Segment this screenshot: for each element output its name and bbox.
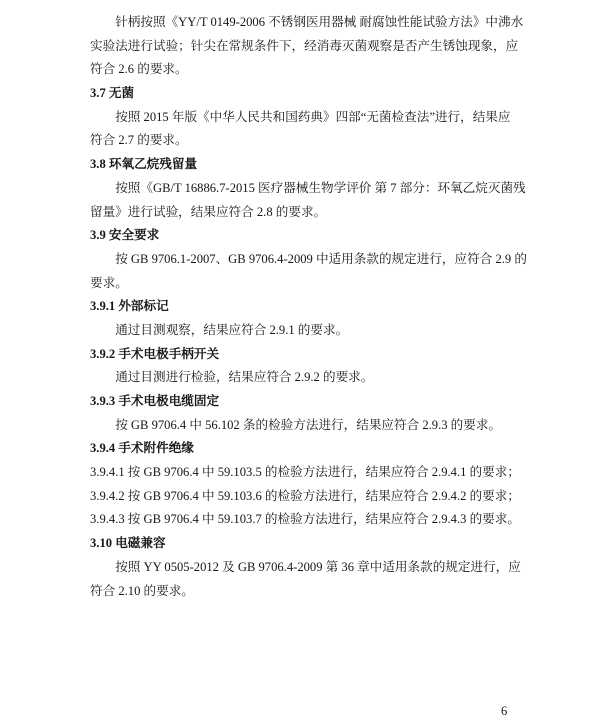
text-line: 留量》进行试验，结果应符合 2.8 的要求。 — [90, 201, 514, 225]
text-line: 按 GB 9706.4 中 56.102 条的检验方法进行，结果应符合 2.9.… — [90, 414, 514, 438]
section-heading: 3.9.3 手术电极电缆固定 — [90, 390, 514, 414]
text-line: 通过目测进行检验，结果应符合 2.9.2 的要求。 — [90, 366, 514, 390]
text-line: 按 GB 9706.1-2007、GB 9706.4-2009 中适用条款的规定… — [90, 248, 514, 272]
page-number: 6 — [501, 703, 507, 719]
section-heading: 3.9.2 手术电极手柄开关 — [90, 343, 514, 367]
text-line: 按照 YY 0505-2012 及 GB 9706.4-2009 第 36 章中… — [90, 556, 514, 580]
text-line: 针柄按照《YY/T 0149-2006 不锈钢医用器械 耐腐蚀性能试验方法》中沸… — [90, 11, 514, 35]
text-line: 3.9.4.1 按 GB 9706.4 中 59.103.5 的检验方法进行，结… — [90, 461, 514, 485]
document-body: 针柄按照《YY/T 0149-2006 不锈钢医用器械 耐腐蚀性能试验方法》中沸… — [90, 11, 514, 603]
section-heading: 3.10 电磁兼容 — [90, 532, 514, 556]
document-page: 针柄按照《YY/T 0149-2006 不锈钢医用器械 耐腐蚀性能试验方法》中沸… — [0, 0, 600, 725]
section-heading: 3.8 环氧乙烷残留量 — [90, 153, 514, 177]
text-line: 3.9.4.2 按 GB 9706.4 中 59.103.6 的检验方法进行，结… — [90, 485, 514, 509]
text-line: 按照 2015 年版《中华人民共和国药典》四部“无菌检查法”进行，结果应 — [90, 106, 514, 130]
text-line: 通过目测观察，结果应符合 2.9.1 的要求。 — [90, 319, 514, 343]
section-heading: 3.9.4 手术附件绝缘 — [90, 437, 514, 461]
section-heading: 3.9 安全要求 — [90, 224, 514, 248]
text-line: 符合 2.10 的要求。 — [90, 580, 514, 604]
text-line: 按照《GB/T 16886.7-2015 医疗器械生物学评价 第 7 部分：环氧… — [90, 177, 514, 201]
text-line: 要求。 — [90, 272, 514, 296]
text-line: 符合 2.7 的要求。 — [90, 129, 514, 153]
text-line: 3.9.4.3 按 GB 9706.4 中 59.103.7 的检验方法进行，结… — [90, 508, 514, 532]
section-heading: 3.7 无菌 — [90, 82, 514, 106]
text-line: 实验法进行试验；针尖在常规条件下，经消毒灭菌观察是否产生锈蚀现象，应 — [90, 35, 514, 59]
section-heading: 3.9.1 外部标记 — [90, 295, 514, 319]
text-line: 符合 2.6 的要求。 — [90, 58, 514, 82]
